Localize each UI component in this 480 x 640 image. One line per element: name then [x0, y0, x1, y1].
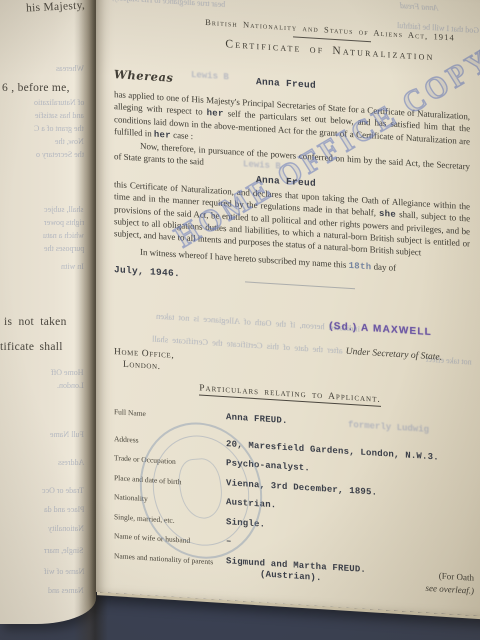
signatory-title: Under Secretary of State. [346, 347, 442, 363]
witness-text: day of [374, 261, 396, 272]
typed-her: her [154, 130, 171, 141]
typed-day: 18th [349, 261, 372, 272]
bleed-text: Anna Freud [400, 1, 438, 12]
typed-she: she [379, 209, 396, 220]
row-label: Full Name [114, 405, 226, 423]
row-value: Anna FREUD. [226, 412, 288, 427]
photo-of-document: his Majesty, 6 , before me, is not taken… [0, 0, 480, 640]
oath-note-line: see overleaf.) [426, 582, 474, 598]
left-page-fragment: tificate shall [0, 341, 63, 353]
left-page-fragment: is not taken [4, 316, 67, 328]
header-rule [293, 36, 371, 42]
home-office-address: Home Office, London. [114, 346, 174, 374]
certificate-page: bear true allegiance to His Majesty, Ann… [96, 0, 480, 618]
typed-her: her [207, 108, 224, 119]
paragraph-text: case : [173, 130, 193, 141]
left-page-fragment: 6 , before me, [2, 82, 70, 94]
signature-line [245, 281, 355, 289]
typed-date: July, 1946. [114, 264, 180, 279]
oath-overleaf-note: (For Oath see overleaf.) [426, 569, 474, 598]
bleed-text: bear true allegiance to His Majesty, [112, 0, 225, 9]
